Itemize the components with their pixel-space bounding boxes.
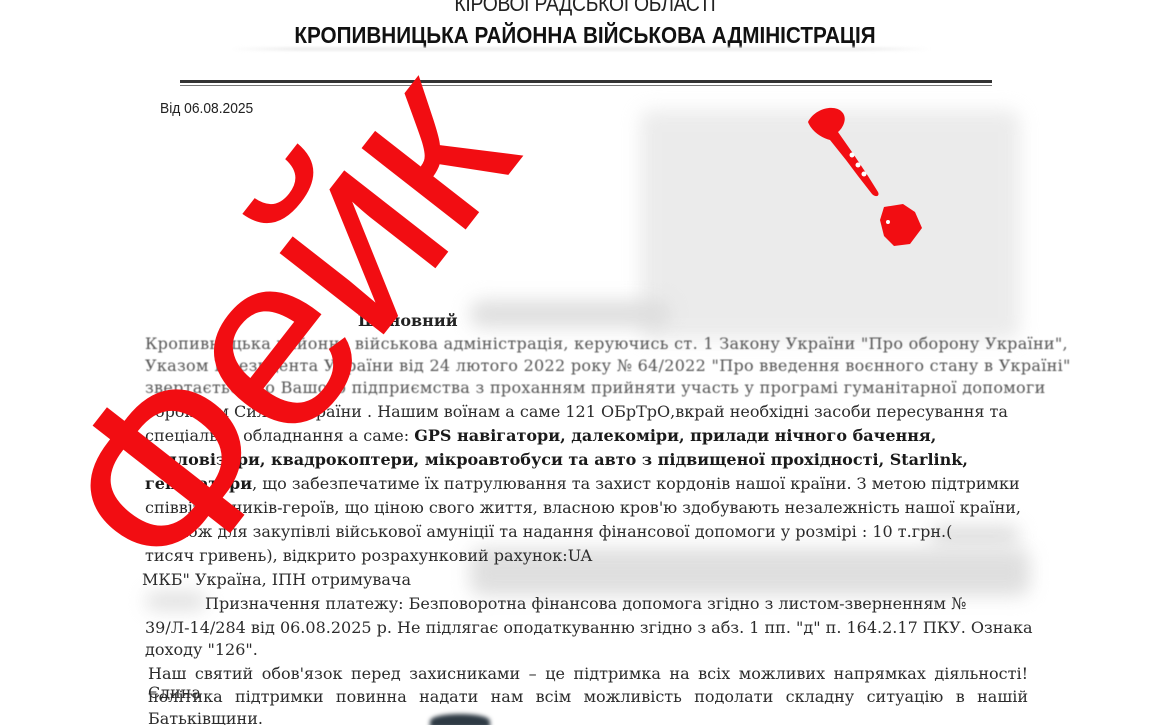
letter-date: Від 06.08.2025 bbox=[160, 100, 253, 117]
emblem-partial bbox=[430, 714, 490, 725]
header-region: КІРОВОГРАДСЬКОЇ ОБЛАСТІ bbox=[70, 0, 1100, 17]
letter-line: 39/Л-14/284 від 06.08.2025 р. Не підляга… bbox=[145, 618, 1033, 637]
redaction-blur-top-right bbox=[640, 110, 1020, 340]
equipment-list-1: GPS навігатори, далекоміри, прилади нічн… bbox=[414, 426, 936, 445]
duty-line-2: політика підтримки повинна надати нам вс… bbox=[148, 687, 1028, 706]
equipment-purpose: , що забезпечатиме їх патрулювання та за… bbox=[252, 474, 1020, 493]
redaction-blur-recipient bbox=[470, 300, 670, 328]
header-administration: КРОПИВНИЦЬКА РАЙОННА ВІЙСЬКОВА АДМІНІСТР… bbox=[59, 22, 1112, 49]
document-page: КІРОВОГРАДСЬКОЇ ОБЛАСТІ КРОПИВНИЦЬКА РАЙ… bbox=[0, 0, 1170, 725]
letter-line: доходу "126". bbox=[145, 640, 258, 659]
letter-line: Призначення платежу: Безповоротна фінанс… bbox=[205, 594, 966, 613]
duty-line-3: Батьківщини. bbox=[148, 709, 263, 725]
